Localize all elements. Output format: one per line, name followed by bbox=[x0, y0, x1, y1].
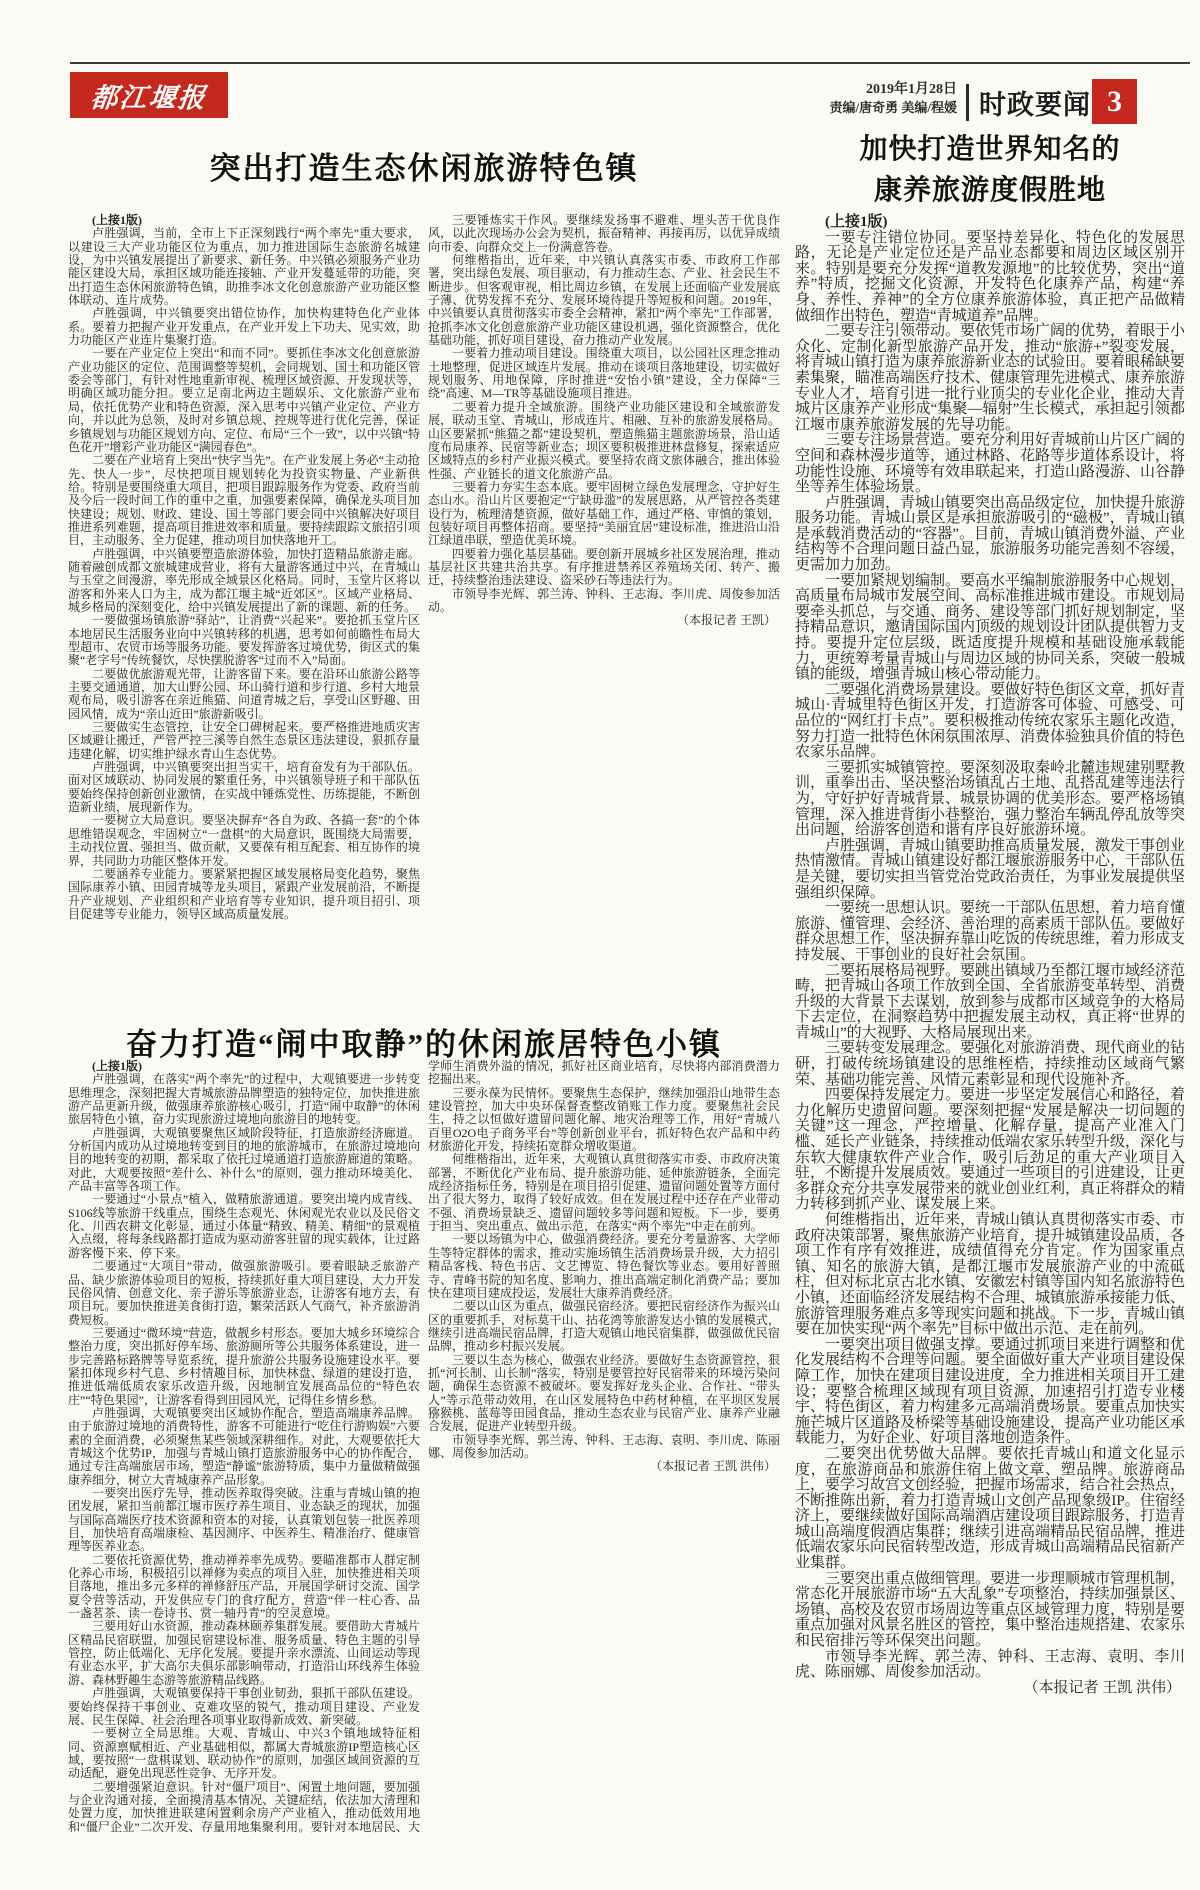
article3-byline: （本报记者 王凯 洪伟） bbox=[428, 1460, 780, 1473]
body-paragraph: 二要依托资源优势，推动禅养率先成势。要瞄准都市人群定制化养心市场，积极招引以禅修… bbox=[68, 1554, 420, 1621]
body-paragraph: 四要着力强化基层基础。要创新开展城乡社区发展治理，推动基层社区共建共治共享。有序… bbox=[428, 548, 780, 588]
body-paragraph: 一要突出项目做强支撑。要通过抓项目来进行调整和优化发展结构不合理等问题。要全面做… bbox=[795, 1338, 1185, 1447]
header-rule bbox=[70, 62, 1190, 64]
body-paragraph: 一要通过“小景点”植入，做精旅游通道。要突出境内成青线、S106线等旅游干线重点… bbox=[68, 1193, 420, 1260]
body-paragraph: 三要抓实城镇管控。要深刻汲取秦岭北麓违规建别墅教训，重拳出击、坚决整治场镇乱占土… bbox=[795, 761, 1185, 839]
body-paragraph: 一要做强场镇旅游“驿站”，让消费“兴起来”。要抢抓玉堂片区本地居民生活服务业向中… bbox=[68, 614, 420, 667]
body-paragraph: 三要专注场景营造。要充分利用好青城前山片区广阔的空间和森林漫步道等，通过林路、花… bbox=[795, 433, 1185, 495]
body-paragraph: 一要以场镇为中心，做强消费经济。要充分考量游客、大学师生等特定群体的需求，推动实… bbox=[428, 1233, 780, 1300]
body-paragraph: 卢胜强调，中兴镇要塑造旅游体验，加快打造精品旅游走廊。随着融创成都文旅城建成营业… bbox=[68, 548, 420, 615]
body-paragraph: 一要树立全局思维。大观、青城山、中兴3个镇地域特征相同、资源禀赋相近、产业基础相… bbox=[68, 1727, 420, 1780]
body-paragraph: 三要突出重点做细管理。要进一步理顺城市管理机制，常态化开展旅游市场“五大乱象”专… bbox=[795, 1572, 1185, 1650]
body-paragraph: 卢胜强调，大观镇要突出区域协作配合，塑造高端康养品牌。由于旅游过境地的消费特性，… bbox=[68, 1407, 420, 1487]
body-paragraph: 卢胜强调，青城山镇要助推高质量发展，激发干事创业热情激情。青城山镇建设好都江堰旅… bbox=[795, 839, 1185, 901]
body-paragraph: 二要拓展格局视野。要跳出镇域乃至都江堰市域经济范畴，把青城山各项工作放到全国、全… bbox=[795, 964, 1185, 1042]
body-paragraph: 三要通过“微环境”营造，做靓乡村形态。要加大城乡环境综合整治力度，突出抓好停车场… bbox=[68, 1327, 420, 1407]
masthead-title: 都江堰报 bbox=[89, 76, 209, 115]
body-paragraph: 一要在产业定位上突出“和而不同”。要抓住李冰文化创意旅游产业功能区的定位、范围调… bbox=[68, 347, 420, 454]
body-paragraph: 四要保持发展定力。要进一步坚定发展信心和路径，着力化解历史遗留问题。要深刻把握“… bbox=[795, 1088, 1185, 1213]
body-paragraph: 三要锤炼实干作风。要继续发扬事不避难、埋头苦干优良作风，以此次现场办公会为契机，… bbox=[428, 214, 780, 254]
article2-headline-line1: 加快打造世界知名的 bbox=[859, 134, 1120, 165]
body-paragraph: 何维楷指出，近年来，青城山镇认真贯彻落实市委、市政府决策部署，聚焦旅游产业培育，… bbox=[795, 1213, 1185, 1338]
body-paragraph: 卢胜强调，中兴镇要突出担当实干，培育奋发有为干部队伍。面对区域联动、协同发展的繁… bbox=[68, 761, 420, 814]
body-paragraph: 何维楷指出，近年来，大观镇认真贯彻落实市委、市政府决策部署，不断优化产业布局、提… bbox=[428, 1153, 780, 1233]
article2-headline: 加快打造世界知名的 康养旅游度假胜地 bbox=[795, 129, 1185, 211]
body-paragraph: 一要专注错位协同。要坚持差异化、特色化的发展思路，无论是产业定位还是产品业态都要… bbox=[795, 231, 1185, 325]
header-editors: 责编/唐奇勇 美编/程媛 bbox=[830, 97, 957, 116]
body-paragraph: 卢胜强调，在落实“两个率先”的过程中，大观镇要进一步转变思维理念，深刻把握大青城… bbox=[68, 1073, 420, 1126]
article1-byline: （本报记者 王凯） bbox=[428, 614, 780, 627]
body-paragraph: 二要强化消费场景建设。要做好特色街区文章，抓好青城山·青城里特色街区开发，打造游… bbox=[795, 683, 1185, 761]
body-paragraph: 三要用好山水资源，推动森林颐养集群发展。要借助大青城片区精品民宿联盟，加强民宿建… bbox=[68, 1620, 420, 1687]
body-paragraph: 二要以山区为重点，做强民宿经济。要把民宿经济作为振兴山区的重要抓手，对标莫干山、… bbox=[428, 1300, 780, 1353]
body-paragraph: 卢胜强调，大观镇要聚焦区域阶段特征，打造旅游经济廊道。分析国内成功从过境地转变到… bbox=[68, 1127, 420, 1194]
article1-body: (上接1版) 卢胜强调，当前，全市上下正深刻践行“两个率先”重大要求，以建设三大… bbox=[68, 214, 780, 936]
header-date: 2019年1月28日 bbox=[866, 78, 957, 98]
body-paragraph: 三要以生态为核心，做强农业经济。要做好生态资源管控，狠抓“河长制、山长制”落实，… bbox=[428, 1354, 780, 1434]
header-divider bbox=[966, 84, 969, 121]
body-paragraph: 二要突出优势做大品牌。要依托青城山和道文化显示度，在旅游商品和旅游住宿上做文章、… bbox=[795, 1447, 1185, 1572]
article1-headline: 突出打造生态休闲旅游特色镇 bbox=[68, 143, 780, 188]
body-paragraph: 卢胜强调，大观镇要保持干事创业韧劲，狠抓干部队伍建设。要始终保持干事创业、克难攻… bbox=[68, 1687, 420, 1727]
body-paragraph: 二要通过“大项目”带动，做强旅游吸引。要着眼缺乏旅游产品、缺少旅游体验项目的短板… bbox=[68, 1260, 420, 1327]
body-paragraph: 二要专注引领带动。要依凭市场广阔的优势，着眼于小众化、定制化新型旅游产品开发，推… bbox=[795, 324, 1185, 433]
body-paragraph: 二要着力提升全域旅游。围绕产业功能区建设和全域旅游发展，联动玉堂、青城山，形成连… bbox=[428, 401, 780, 481]
body-paragraph: 二要做优旅游观光带，让游客留下来。要在沿环山旅游公路等主要交通通道，加大山野公园… bbox=[68, 668, 420, 721]
body-paragraph: 三要着力夯实生态本底。要牢固树立绿色发展理念，守护好生态山水。沿山片区要抱定“宁… bbox=[428, 481, 780, 548]
article2-body: (上接1版) 一要专注错位协同。要坚持差异化、特色化的发展思路，无论是产业定位还… bbox=[795, 215, 1185, 1817]
body-paragraph: 市领导李光辉、郭兰涛、钟科、王志海、袁明、李川虎、陈丽娜、周俊参加活动。 bbox=[795, 1650, 1185, 1681]
body-paragraph: 何维楷指出，近年来，中兴镇认真落实市委、市政府工作部署，突出绿色发展、项目驱动，… bbox=[428, 254, 780, 347]
body-paragraph: 二要涵养专业能力。要紧紧把握区域发展格局变化趋势，聚焦国际康养小镇、田园青城等龙… bbox=[68, 868, 420, 921]
article2-byline: （本报记者 王凯 洪伟） bbox=[795, 1681, 1185, 1697]
article3-headline: 奋力打造“闹中取静”的休闲旅居特色小镇 bbox=[68, 1019, 780, 1064]
body-paragraph: 卢胜强调，当前，全市上下正深刻践行“两个率先”重大要求，以建设三大产业功能区位为… bbox=[68, 227, 420, 307]
body-paragraph: 一要统一思想认识。要统一干部队伍思想，着力培育懂旅游、懂管理、会经济、善治理的高… bbox=[795, 901, 1185, 963]
body-paragraph: 二要在产业培育上突出“快字当先”。在产业发展上务必“主动抢先、快人一步”，尽快把… bbox=[68, 454, 420, 547]
body-paragraph: 卢胜强调，青城山镇要突出高品级定位，加快提升旅游服务功能。青城山景区是承担旅游吸… bbox=[795, 496, 1185, 574]
article2-continuation-note: (上接1版) bbox=[795, 215, 1185, 231]
body-paragraph: 一要着力推动项目建设。围绕重大项目，以公园社区理念推动土地整理，促进区域连片发展… bbox=[428, 347, 780, 400]
newspaper-page: 都江堰报 2019年1月28日 责编/唐奇勇 美编/程媛 时政要闻 3 突出打造… bbox=[0, 0, 1200, 1890]
body-paragraph: 一要突出医疗先导，推动医养取得突破。注重与青城山镇的抱团发展，紧扣当前都江堰市医… bbox=[68, 1487, 420, 1554]
masthead: 都江堰报 bbox=[70, 72, 228, 118]
body-paragraph: 市领导李光辉、郭兰涛、钟科、王志海、袁明、李川虎、陈丽娜、周俊参加活动。 bbox=[428, 1434, 780, 1461]
body-paragraph: 市领导李光辉、郭兰涛、钟科、王志海、李川虎、周俊参加活动。 bbox=[428, 588, 780, 615]
body-paragraph: 一要树立大局意识。要坚决摒弃“各自为政、各搞一套”的个体思维错误观念，牢固树立“… bbox=[68, 814, 420, 867]
article2-headline-line2: 康养旅游度假胜地 bbox=[874, 175, 1106, 206]
page-number: 3 bbox=[1107, 85, 1122, 119]
body-paragraph: 三要转变发展理念。要强化对旅游消费、现代商业的钻研，打破传统场镇建设的思维桎梏，… bbox=[795, 1041, 1185, 1088]
page-number-badge: 3 bbox=[1092, 79, 1137, 124]
article3-body: (上接1版) 卢胜强调，在落实“两个率先”的过程中，大观镇要进一步转变思维理念，… bbox=[68, 1060, 780, 1850]
body-paragraph: 三要做实生态管控，让安全口碑树起来。要严格推进地质灾害区域避让搬迁，严管严控三溪… bbox=[68, 721, 420, 761]
section-title: 时政要闻 bbox=[979, 83, 1091, 122]
body-paragraph: 三要永葆为民情怀。要聚焦生态保护，继续加强沿山地带生态建设管控，加大中央环保督查… bbox=[428, 1087, 780, 1154]
body-paragraph: 一要加紧规划编制。要高水平编制旅游服务中心规划，高质量布局城市发展空间、高标准推… bbox=[795, 574, 1185, 683]
body-paragraph: 卢胜强调，中兴镇要突出错位协作，加快构建特色化产业体系。要着力把握产业开发重点，… bbox=[68, 307, 420, 347]
